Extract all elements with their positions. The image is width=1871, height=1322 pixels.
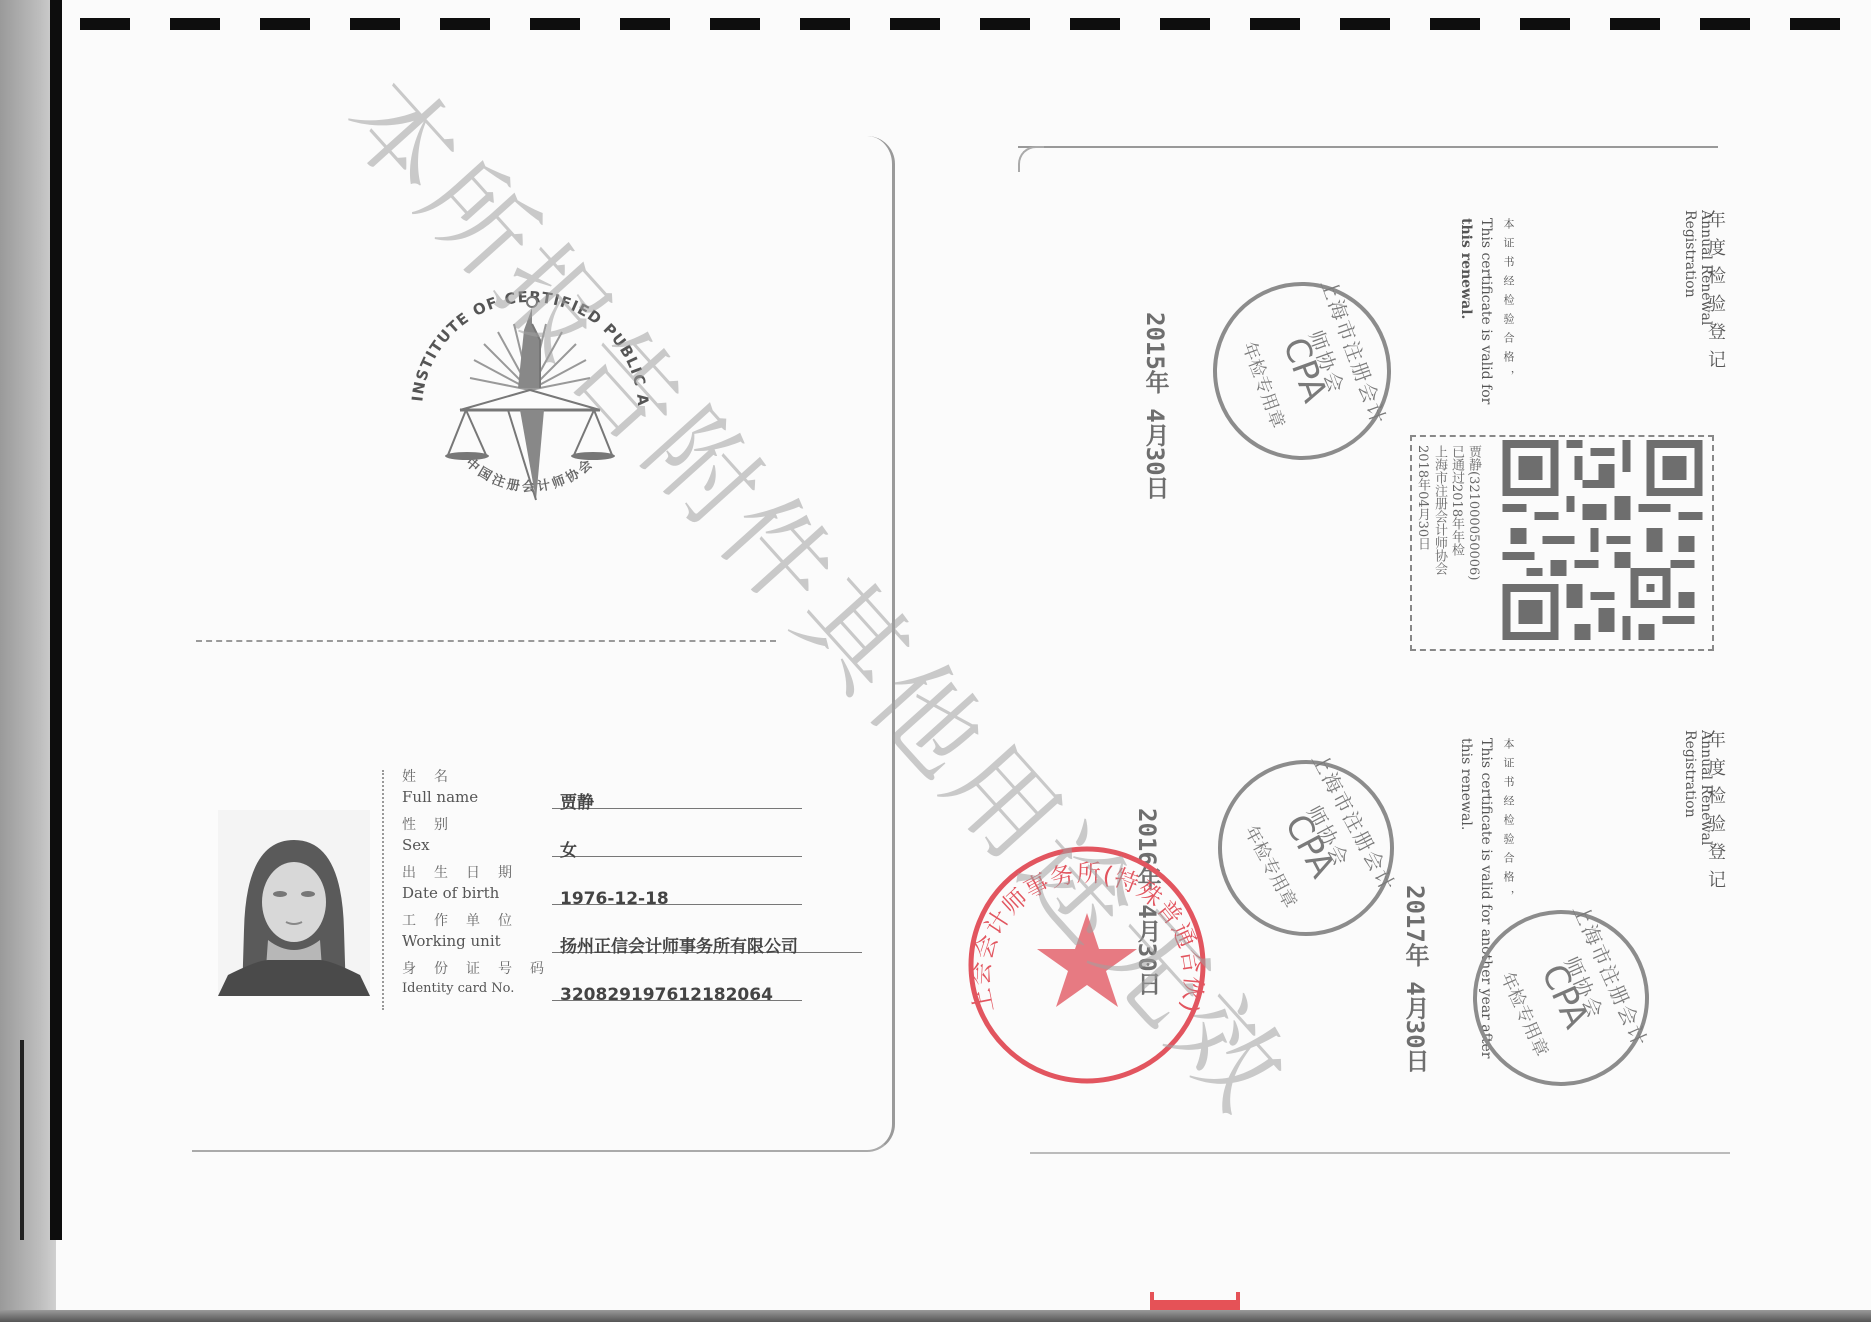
label-en: Working unit: [402, 934, 501, 949]
qr-line-issuer: 上海市注册会计师协会: [1432, 445, 1447, 575]
label-en: Date of birth: [402, 886, 499, 901]
label-en: Sex: [402, 838, 430, 853]
renewal-note-en-2: this renewal.: [1458, 738, 1474, 830]
qr-line-passed: 已通过2018年年检: [1449, 445, 1464, 556]
renewal-note-cn: 本证书经检验合格，: [1500, 738, 1516, 909]
renewal-title-en: Annual Renewal Registration: [1682, 730, 1714, 930]
bottom-red-mark-inner: [1154, 1288, 1236, 1300]
date-stamp-2015: 2015年 4月30日: [1138, 312, 1173, 500]
label-en: Identity card No.: [402, 982, 514, 995]
renewal-stamp-1: 上海市注册会计师协会 CPA 年检专用章: [1188, 257, 1416, 485]
renewal-note-cn: 本证书经检验合格，: [1500, 218, 1516, 389]
holder-photo: [218, 810, 370, 996]
qr-line-name-id: 贾静(321000050006): [1466, 445, 1481, 580]
renewal-block-1: 年度检验登记 Annual Renewal Registration 本证书经检…: [1440, 210, 1740, 410]
label-cn: 出生日期: [402, 866, 530, 880]
perforation-dashes: [80, 18, 1871, 30]
photo-divider: [382, 770, 384, 1010]
value-sex: 女: [560, 843, 577, 860]
renewal-note-en: This certificate is valid for: [1478, 218, 1494, 408]
scan-edge-mark: [20, 1040, 24, 1240]
value-identity-card: 320829197612182064: [560, 987, 773, 1004]
value-date-of-birth: 1976-12-18: [560, 891, 669, 908]
field-full-name: 姓名 Full name 贾静: [402, 770, 862, 818]
label-cn: 性别: [402, 818, 466, 832]
field-sex: 性别 Sex 女: [402, 818, 862, 866]
qr-line-date: 2018年04月30日: [1415, 445, 1430, 550]
date-stamp-2017: 2017年 4月30日: [1398, 885, 1433, 1073]
qr-notice-text: 贾静(321000050006) 已通过2018年年检 上海市注册会计师协会 2…: [1414, 445, 1482, 645]
value-full-name: 贾静: [560, 795, 594, 812]
portrait-photo: [218, 810, 370, 996]
field-date-of-birth: 出生日期 Date of birth 1976-12-18: [402, 866, 862, 914]
right-page-top-border: [1018, 146, 1718, 148]
qr-code[interactable]: [1500, 440, 1705, 640]
scan-left-edge: [0, 0, 56, 1322]
value-working-unit: 扬州正信会计师事务所有限公司: [560, 939, 798, 956]
field-working-unit: 工作单位 Working unit 扬州正信会计师事务所有限公司: [402, 914, 862, 962]
right-page-corner: [1018, 146, 1044, 172]
renewal-note-en-2: this renewal.: [1458, 218, 1474, 319]
field-identity-card: 身份证号码 Identity card No. 3208291976121820…: [402, 962, 862, 1010]
label-cn: 工作单位: [402, 914, 530, 928]
scan-bottom-edge: [0, 1310, 1871, 1322]
label-cn: 身份证号码: [402, 962, 562, 976]
label-en: Full name: [402, 790, 478, 805]
label-cn: 姓名: [402, 770, 466, 784]
page-separator-line: [196, 640, 776, 642]
renewal-title-en: Annual Renewal Registration: [1682, 210, 1714, 410]
scan-binding-line: [50, 0, 62, 1240]
holder-info-form: 姓名 Full name 贾静 性别 Sex 女 出生日期 Date of bi…: [402, 770, 862, 1010]
